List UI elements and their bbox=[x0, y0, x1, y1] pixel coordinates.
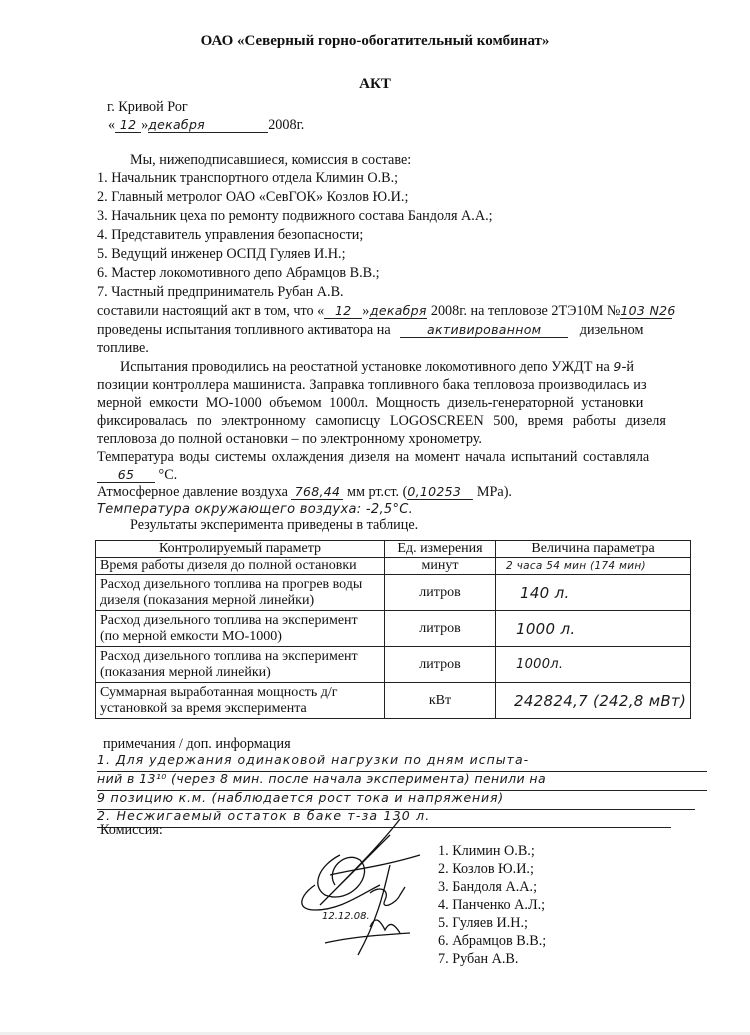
signatory: 5. Гуляев И.Н.; bbox=[438, 915, 528, 932]
water-temperature: 65 °С. bbox=[97, 467, 177, 484]
pressure-mpa: 0,10253 bbox=[407, 485, 473, 500]
signatures-label: Комиссия: bbox=[100, 822, 163, 839]
param-cell: Расход дизельного топлива на прогрев вод… bbox=[96, 575, 385, 611]
unit-cell: кВт bbox=[385, 683, 496, 719]
ambient-temperature-note: Температура окружающего воздуха: -2,5°С. bbox=[97, 502, 413, 517]
note-line: 1. Для удержания одинаковой нагрузки по … bbox=[97, 752, 707, 772]
test-month: декабря bbox=[369, 304, 427, 319]
note-line: 9 позицию к.м. (наблюдается рост тока и … bbox=[97, 790, 695, 810]
controller-position: 9 bbox=[613, 359, 621, 374]
date-month: декабря bbox=[148, 118, 268, 133]
body-line-8: тепловоза до полной остановки – по элект… bbox=[97, 431, 482, 448]
svg-text:12.12.08.: 12.12.08. bbox=[322, 911, 370, 922]
table-row: Время работы дизеля до полной остановки … bbox=[96, 558, 691, 575]
table-header-row: Контролируемый параметр Ед. измерения Ве… bbox=[96, 541, 691, 558]
unit-cell: литров bbox=[385, 575, 496, 611]
pressure-mm: 768,44 bbox=[291, 485, 343, 500]
body-line-9: Температура воды системы охлаждения дизе… bbox=[97, 449, 649, 466]
column-header: Величина параметра bbox=[496, 541, 691, 558]
city: г. Кривой Рог bbox=[107, 99, 188, 116]
body-line-1: составили настоящий акт в том, что «12»д… bbox=[97, 303, 672, 320]
signatory: 3. Бандоля А.А.; bbox=[438, 879, 537, 896]
commission-member: 2. Главный метролог ОАО «СевГОК» Козлов … bbox=[97, 189, 408, 206]
body-line-3: топливе. bbox=[97, 340, 149, 357]
commission-intro: Мы, нижеподписавшиеся, комиссия в состав… bbox=[130, 152, 411, 169]
body-line-6: мерной емкости МО-1000 объемом 1000л. Мо… bbox=[97, 395, 643, 412]
commission-member: 7. Частный предприниматель Рубан А.В. bbox=[97, 284, 344, 301]
column-header: Контролируемый параметр bbox=[96, 541, 385, 558]
organization-title: ОАО «Северный горно-обогатительный комби… bbox=[0, 33, 750, 50]
atmospheric-pressure: Атмосферное давление воздуха 768,44 мм р… bbox=[97, 484, 512, 501]
signatures-scribble-icon: 12.12.08. bbox=[280, 815, 450, 965]
value-cell: 2 часа 54 мин (174 мин) bbox=[496, 558, 691, 575]
table-row: Расход дизельного топлива на эксперимент… bbox=[96, 647, 691, 683]
document-date: «12»декабря2008г. bbox=[108, 117, 304, 134]
unit-cell: литров bbox=[385, 611, 496, 647]
table-row: Расход дизельного топлива на прогрев вод… bbox=[96, 575, 691, 611]
signatory: 2. Козлов Ю.И.; bbox=[438, 861, 534, 878]
commission-member: 3. Начальник цеха по ремонту подвижного … bbox=[97, 208, 493, 225]
body-line-5: позиции контроллера машиниста. Заправка … bbox=[97, 377, 647, 394]
fuel-type: активированном bbox=[400, 323, 568, 338]
table-row: Суммарная выработанная мощность д/г уста… bbox=[96, 683, 691, 719]
commission-member: 6. Мастер локомотивного депо Абрамцов В.… bbox=[97, 265, 380, 282]
value-cell: 1000 л. bbox=[496, 611, 691, 647]
test-day: 12 bbox=[324, 304, 362, 319]
results-intro: Результаты эксперимента приведены в табл… bbox=[130, 517, 418, 534]
signatory: 4. Панченко А.Л.; bbox=[438, 897, 545, 914]
note-line: ний в 13¹⁰ (через 8 мин. после начала эк… bbox=[97, 771, 707, 791]
commission-member: 4. Представитель управления безопасности… bbox=[97, 227, 363, 244]
notes-label: примечания / доп. информация bbox=[103, 736, 291, 753]
value-cell: 1000л. bbox=[496, 647, 691, 683]
param-cell: Расход дизельного топлива на эксперимент… bbox=[96, 647, 385, 683]
document-title: АКТ bbox=[0, 76, 750, 93]
table-row: Расход дизельного топлива на эксперимент… bbox=[96, 611, 691, 647]
locomotive-number: 103 N26 bbox=[620, 304, 672, 319]
commission-member: 1. Начальник транспортного отдела Климин… bbox=[97, 170, 398, 187]
body-line-2: проведены испытания топливного активатор… bbox=[97, 322, 643, 339]
value-cell: 242824,7 (242,8 мВт) bbox=[496, 683, 691, 719]
param-cell: Время работы дизеля до полной остановки bbox=[96, 558, 385, 575]
unit-cell: минут bbox=[385, 558, 496, 575]
unit-cell: литров bbox=[385, 647, 496, 683]
commission-member: 5. Ведущий инженер ОСПД Гуляев И.Н.; bbox=[97, 246, 346, 263]
value-cell: 140 л. bbox=[496, 575, 691, 611]
body-line-4: Испытания проводились на реостатной уста… bbox=[120, 359, 634, 376]
signatory: 7. Рубан А.В. bbox=[438, 951, 518, 968]
signatory: 1. Климин О.В.; bbox=[438, 843, 535, 860]
column-header: Ед. измерения bbox=[385, 541, 496, 558]
date-day: 12 bbox=[115, 118, 141, 133]
param-cell: Расход дизельного топлива на эксперимент… bbox=[96, 611, 385, 647]
param-cell: Суммарная выработанная мощность д/г уста… bbox=[96, 683, 385, 719]
signatory: 6. Абрамцов В.В.; bbox=[438, 933, 546, 950]
body-line-7: фиксировалась по электронному самописцу … bbox=[97, 413, 666, 430]
results-table: Контролируемый параметр Ед. измерения Ве… bbox=[95, 540, 691, 719]
